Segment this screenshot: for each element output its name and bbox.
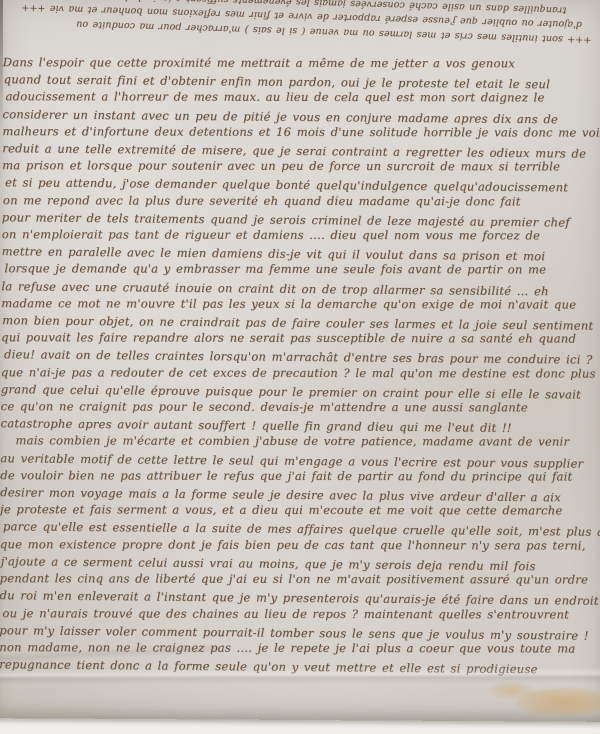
handwritten-line: on me repond avec la plus dure severité …: [3, 192, 600, 211]
handwritten-line: Dans l'espoir que cette proximité me met…: [3, 54, 600, 73]
handwritten-line: ma prison et lorsque pour soutenir avec …: [2, 157, 600, 176]
paper-stain: [516, 687, 600, 716]
scan-edge-shadow: [0, 0, 3, 130]
handwritten-line: adoucissement a l'horreur de mes maux. a…: [6, 89, 600, 108]
handwritten-line: mais combien je m'écarte et combien j'ab…: [15, 433, 600, 452]
scan-background: { "document": { "kind": "handwritten-let…: [0, 0, 600, 734]
handwritten-line: que mon existence propre dont je fais bi…: [0, 536, 600, 555]
handwritten-line: malheurs et d'infortune deux detentions …: [2, 123, 600, 142]
handwritten-line: pendant les cinq ans de liberté que j'ai…: [0, 570, 600, 589]
letter-scan: +++ sont inutiles mes cris et mes larmes…: [0, 0, 600, 734]
handwritten-line: de vouloir bien ne pas attribuer le refu…: [0, 467, 600, 486]
handwritten-line: que n'ai-je pas a redouter de cet exces …: [1, 364, 600, 383]
letter-page: +++ sont inutiles mes cris et mes larmes…: [0, 0, 600, 722]
handwritten-line: ce qu'on ne craignit pas pour le second.…: [1, 398, 600, 417]
handwritten-line: qui pouvait les faire repandre alors ne …: [1, 329, 600, 348]
handwritten-line: on n'emploierait pas tant de rigueur et …: [2, 226, 600, 245]
handwritten-line: je proteste et fais serment a vous, et a…: [0, 501, 600, 520]
handwritten-line: ou je n'aurais trouvé que des chaines au…: [2, 605, 600, 624]
handwritten-line: lorsque je demande qu'a y embrasser ma f…: [4, 261, 600, 280]
handwritten-line: madame ce mot ne m'ouvre t'il pas les ye…: [1, 295, 600, 314]
letter-body: Dans l'espoir que cette proximité me met…: [0, 54, 600, 677]
inverted-postscript: +++ sont inutiles mes cris et mes larmes…: [8, 0, 593, 46]
